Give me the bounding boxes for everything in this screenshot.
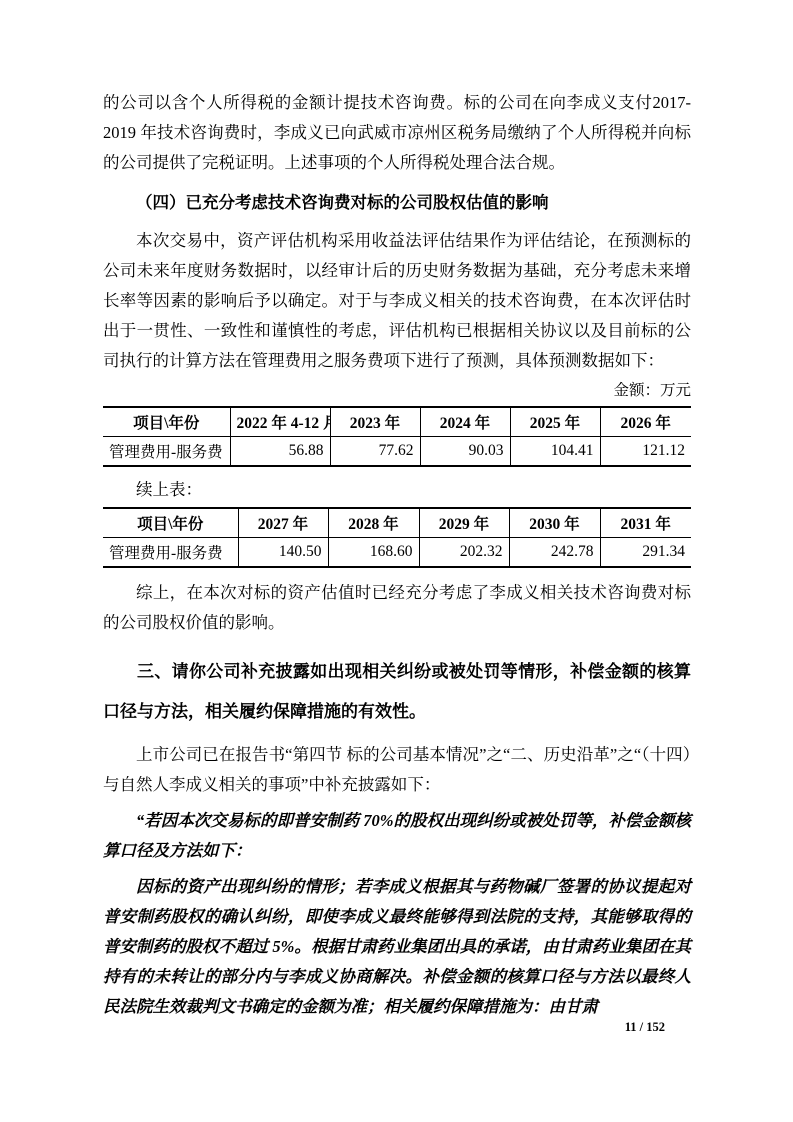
table-2-data-row: 管理费用-服务费 140.50 168.60 202.32 242.78 291… [103, 538, 691, 568]
table-1-header-cell: 2025 年 [510, 407, 600, 437]
table-1-value: 56.88 [230, 437, 330, 467]
table-1-row-label: 管理费用-服务费 [103, 437, 230, 467]
heading-section-3: 三、请你公司补充披露如出现相关纠纷或被处罚等情形，补偿金额的核算口径与方法，相关… [103, 652, 691, 732]
table-unit-label: 金额：万元 [103, 378, 691, 404]
table-1-value: 104.41 [510, 437, 600, 467]
table-1-value: 90.03 [420, 437, 510, 467]
table-1-header-cell: 项目\年份 [103, 407, 230, 437]
paragraph-conclusion: 综上，在本次对标的资产估值时已经充分考虑了李成义相关技术咨询费对标的公司股权价值… [103, 578, 691, 638]
heading-section-4: （四）已充分考虑技术咨询费对标的公司股权估值的影响 [103, 188, 691, 218]
table-1-header-cell: 2022 年 4-12 月 [230, 407, 330, 437]
paragraph-valuation: 本次交易中，资产评估机构采用收益法评估结果作为评估结论，在预测标的公司未来年度财… [103, 226, 691, 376]
paragraph-continuation: 的公司以含个人所得税的金额计提技术咨询费。标的公司在向李成义支付2017-201… [103, 88, 691, 178]
table-2-header-cell: 2031 年 [600, 508, 691, 538]
table-2-header-cell: 2029 年 [419, 508, 509, 538]
table-2-header-cell: 2028 年 [328, 508, 419, 538]
table-2-header-row: 项目\年份 2027 年 2028 年 2029 年 2030 年 2031 年 [103, 508, 691, 538]
table-2-value: 168.60 [328, 538, 419, 568]
table-2-row-label: 管理费用-服务费 [103, 538, 238, 568]
quoted-paragraph-1: “若因本次交易标的即普安制药 70%的股权出现纠纷或被处罚等，补偿金额核算口径及… [103, 806, 691, 866]
forecast-table-2: 项目\年份 2027 年 2028 年 2029 年 2030 年 2031 年… [103, 507, 691, 568]
table-1-data-row: 管理费用-服务费 56.88 77.62 90.03 104.41 121.12 [103, 437, 691, 467]
table-1-header-cell: 2024 年 [420, 407, 510, 437]
forecast-table-1: 项目\年份 2022 年 4-12 月 2023 年 2024 年 2025 年… [103, 406, 691, 467]
table-1-header-row: 项目\年份 2022 年 4-12 月 2023 年 2024 年 2025 年… [103, 407, 691, 437]
page-number: 11 / 152 [625, 1020, 665, 1035]
table-2-header-cell: 项目\年份 [103, 508, 238, 538]
document-page: 的公司以含个人所得税的金额计提技术咨询费。标的公司在向李成义支付2017-201… [0, 0, 793, 1122]
table-1-value: 77.62 [330, 437, 420, 467]
table-2-header-cell: 2030 年 [509, 508, 600, 538]
table-2-value: 291.34 [600, 538, 691, 568]
table-1-header-cell: 2026 年 [600, 407, 691, 437]
table-2-value: 140.50 [238, 538, 328, 568]
table-2-header-cell: 2027 年 [238, 508, 328, 538]
page-content: 的公司以含个人所得税的金额计提技术咨询费。标的公司在向李成义支付2017-201… [103, 88, 691, 1022]
table-continue-label: 续上表： [103, 475, 691, 505]
table-1-value: 121.12 [600, 437, 691, 467]
paragraph-disclosure-intro: 上市公司已在报告书“第四节 标的公司基本情况”之“二、历史沿革”之“（十四）与自… [103, 740, 691, 800]
table-2-value: 202.32 [419, 538, 509, 568]
table-2-value: 242.78 [509, 538, 600, 568]
quoted-paragraph-2: 因标的资产出现纠纷的情形；若李成义根据其与药物碱厂签署的协议提起对普安制药股权的… [103, 872, 691, 1022]
table-1-header-cell: 2023 年 [330, 407, 420, 437]
